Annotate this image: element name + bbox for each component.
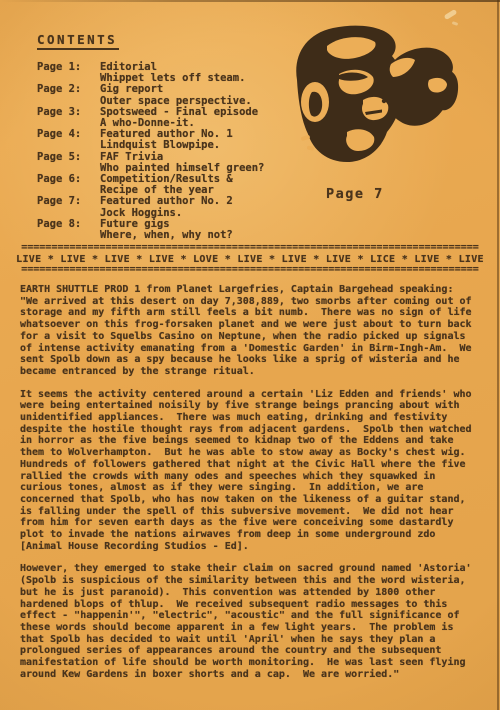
contents-entry-subtitle: A who-Donne-it.: [100, 117, 195, 129]
contents-entry-title: Spotsweed - Final episode: [100, 106, 258, 118]
scan-edge-top: [0, 0, 500, 2]
contents-entry-title: Gig report: [100, 83, 163, 95]
contents-entry: Page 8: Future gigsWhere, when, why not?: [37, 219, 264, 241]
paper-scratch: [444, 9, 458, 20]
fanzine-page: CONTENTS Page 1: EditorialWhippet lets o…: [0, 0, 500, 710]
contents-entry-page: Page 6:: [37, 174, 100, 196]
halftone-profile-man-icon: [281, 20, 463, 170]
article-paragraph-2: It seems the activity centered around a …: [20, 389, 484, 553]
contents-entry: Page 4: Featured author No. 1Lindquist B…: [37, 129, 264, 151]
contents-entry-subtitle: Outer space perspective.: [100, 95, 252, 107]
contents-entry-subtitle: Jock Hoggins.: [100, 207, 182, 219]
banner-rule-bottom: ========================================…: [0, 265, 500, 276]
live-banner: ========================================…: [0, 243, 500, 275]
contents-entry: Page 3: Spotsweed - Final episodeA who-D…: [37, 107, 264, 129]
contents-entry-title: Featured author No. 2: [100, 195, 233, 207]
contents-entry-subtitle: Recipe of the year: [100, 184, 214, 196]
contents-entry-page: Page 2:: [37, 84, 100, 106]
banner-rule-top: ========================================…: [0, 243, 500, 254]
contents-block: CONTENTS Page 1: EditorialWhippet lets o…: [37, 29, 264, 241]
contents-entry-subtitle: Lindquist Blowpipe.: [100, 139, 220, 151]
contents-entry: Page 5: FAF TriviaWho painted himself gr…: [37, 152, 264, 174]
contents-entry-page: Page 8:: [37, 219, 100, 241]
scan-edge-right: [497, 0, 499, 710]
contents-entry-title: Future gigs: [100, 218, 170, 230]
contents-entry-page: Page 4:: [37, 129, 100, 151]
contents-list: Page 1: EditorialWhippet lets off steam.…: [37, 62, 264, 241]
contents-entry-page: Page 3:: [37, 107, 100, 129]
contents-entry-page: Page 7:: [37, 196, 100, 218]
page-number-label: Page 7: [326, 186, 384, 202]
contents-entry: Page 1: EditorialWhippet lets off steam.: [37, 62, 264, 84]
contents-heading: CONTENTS: [37, 32, 119, 50]
banner-live-line: LIVE * LIVE * LIVE * LIVE * LOVE * LIVE …: [0, 254, 500, 265]
contents-entry-page: Page 1:: [37, 62, 100, 84]
contents-entry: Page 2: Gig reportOuter space perspectiv…: [37, 84, 264, 106]
contents-entry: Page 7: Featured author No. 2Jock Hoggin…: [37, 196, 264, 218]
contents-entry-subtitle: Where, when, why not?: [100, 229, 233, 241]
article-paragraph-3: However, they emerged to stake their cla…: [20, 563, 484, 680]
contents-entry-title: FAF Trivia: [100, 151, 163, 163]
article-paragraph-1: EARTH SHUTTLE PROD 1 from Planet Largefr…: [20, 284, 484, 378]
contents-entry: Page 6: Competition/Results &Recipe of t…: [37, 174, 264, 196]
article-body: EARTH SHUTTLE PROD 1 from Planet Largefr…: [20, 284, 484, 692]
portrait-photo: [281, 20, 463, 170]
contents-entry-page: Page 5:: [37, 152, 100, 174]
